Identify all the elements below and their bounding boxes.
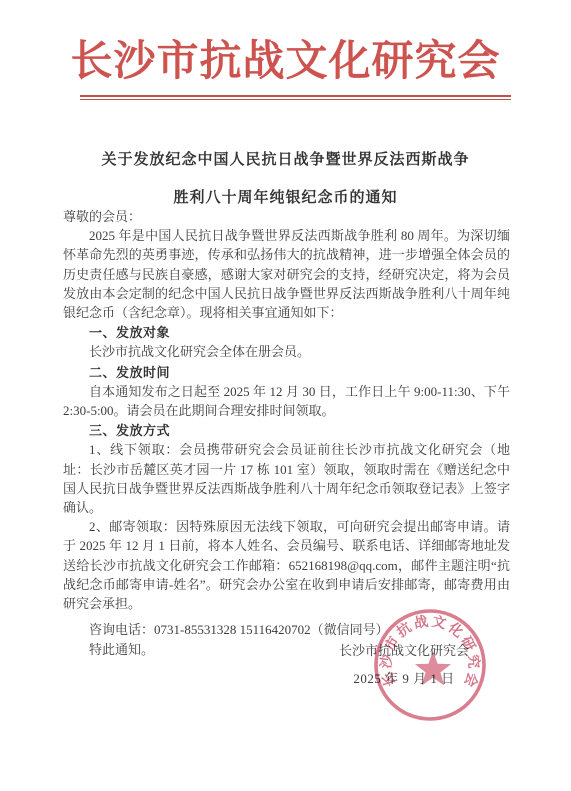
section-2-paragraph: 自本通知发布之日起至 2025 年 12 月 30 日，工作日上午 9:00-1…	[63, 382, 510, 420]
signature-org-name: 长沙市抗战文化研究会	[337, 640, 471, 659]
section-2-heading: 二、发放时间	[63, 363, 510, 382]
salutation: 尊敬的会员：	[63, 207, 510, 226]
intro-paragraph: 2025 年是中国人民抗日战争暨世界反法西斯战争胜利 80 周年。为深切缅怀革命…	[63, 226, 510, 322]
letterhead-rule	[80, 95, 511, 100]
section-3-paragraph-2: 2、邮寄领取：因特殊原因无法线下领取，可向研究会提出邮寄申请。请于 2025 年…	[63, 517, 510, 613]
section-1-paragraph: 长沙市抗战文化研究会全体在册会员。	[63, 342, 510, 361]
document-title: 关于发放纪念中国人民抗日战争暨世界反法西斯战争 胜利八十周年纯银纪念币的通知	[40, 141, 531, 217]
section-3-paragraph-1: 1、线下领取：会员携带研究会会员证前往长沙市抗战文化研究会（地址：长沙市岳麓区英…	[63, 440, 510, 517]
contact-phone-line: 咨询电话：0731-85531328 15116420702（微信同号）	[63, 620, 510, 639]
section-1-heading: 一、发放对象	[63, 323, 510, 342]
signature-block: 长沙市抗战文化研究会 2025 年 9 月 1 日	[337, 640, 471, 687]
signature-date: 2025 年 9 月 1 日	[337, 668, 471, 687]
document-body: 尊敬的会员： 2025 年是中国人民抗日战争暨世界反法西斯战争胜利 80 周年。…	[63, 207, 510, 660]
document-page: 长沙市抗战文化研究会 关于发放纪念中国人民抗日战争暨世界反法西斯战争 胜利八十周…	[0, 0, 571, 791]
document-title-line1: 关于发放纪念中国人民抗日战争暨世界反法西斯战争	[40, 141, 531, 179]
letterhead-org-name: 长沙市抗战文化研究会	[0, 28, 571, 88]
section-3-heading: 三、发放方式	[63, 421, 510, 440]
